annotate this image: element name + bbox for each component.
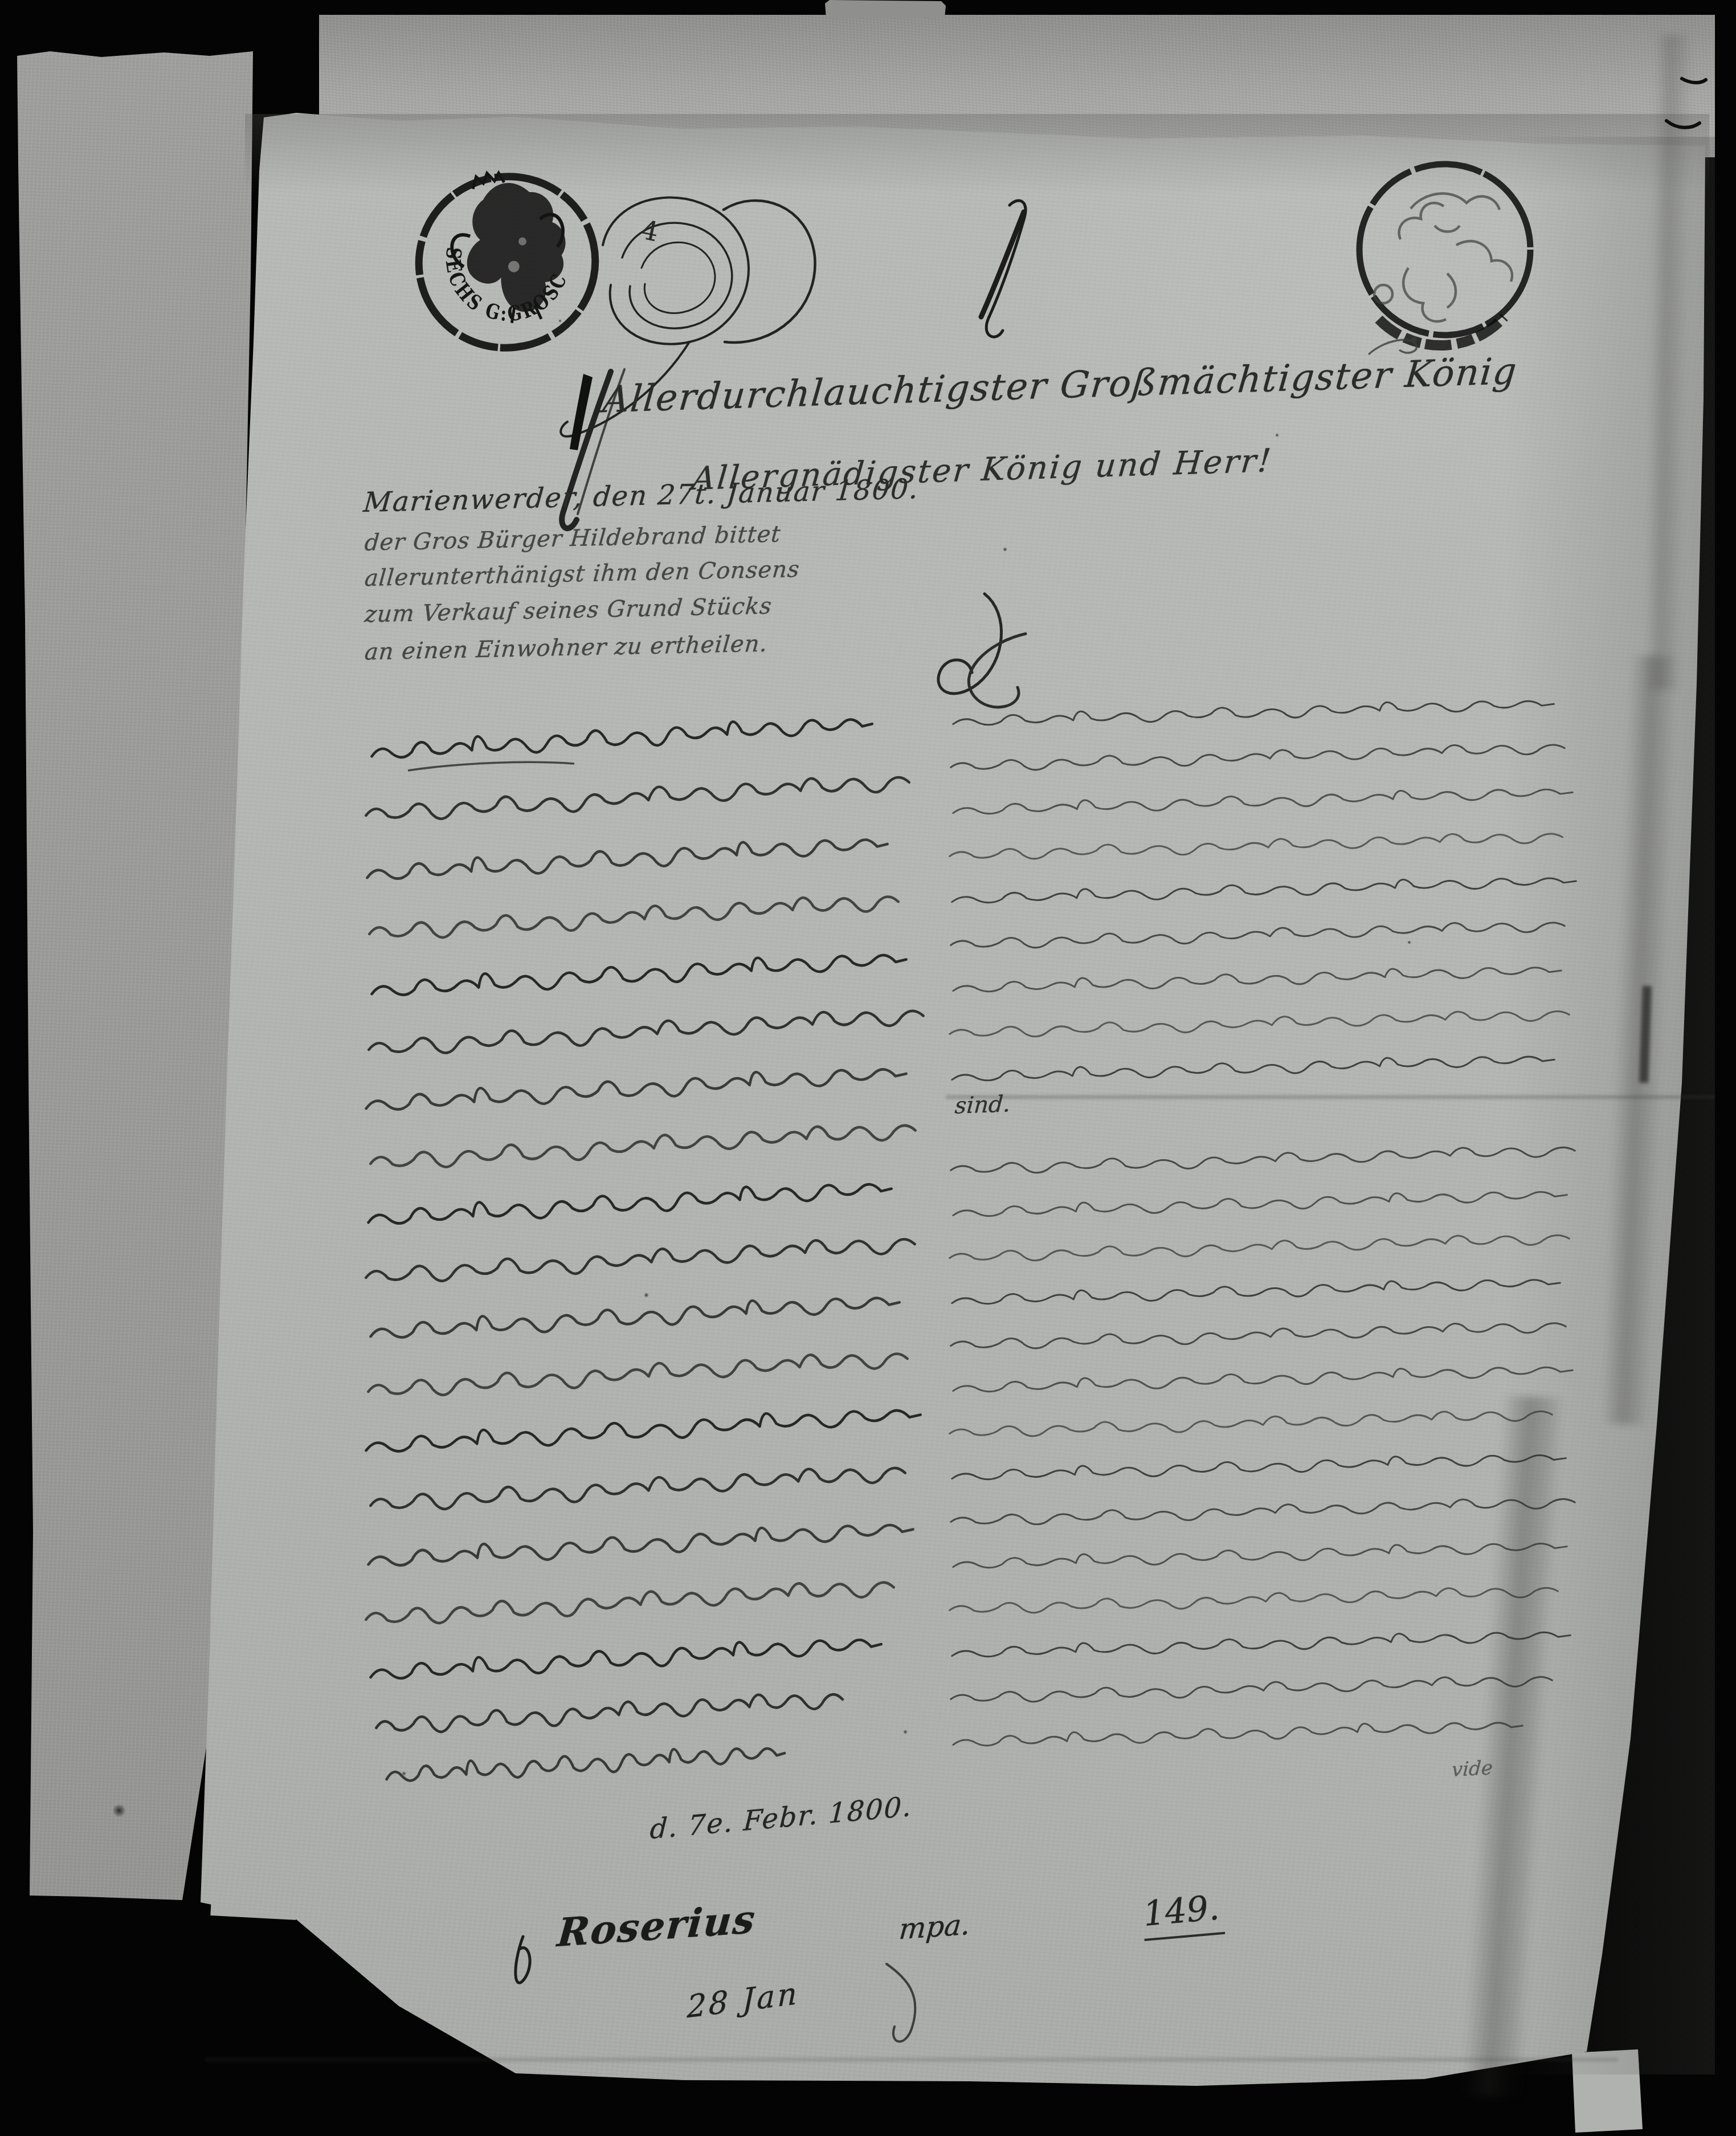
protruding-page-tab bbox=[825, 0, 946, 18]
ink-speck bbox=[558, 319, 562, 323]
catchword-vide: vide bbox=[1451, 1756, 1493, 1782]
ink-speck bbox=[1407, 940, 1411, 944]
horizontal-fold-line bbox=[946, 1094, 1715, 1100]
stain-spot bbox=[112, 1804, 126, 1817]
ink-speck bbox=[903, 1730, 908, 1734]
folio-number: 149. bbox=[1141, 1888, 1225, 1941]
ink-speck bbox=[644, 1293, 649, 1298]
ink-speck bbox=[402, 1771, 406, 1776]
page-top-shadow bbox=[245, 114, 1709, 194]
signature-suffix: mpa. bbox=[898, 1907, 972, 1946]
horizontal-fold-line-bottom bbox=[205, 2056, 1618, 2063]
legible-word-sind: sind. bbox=[954, 1091, 1011, 1119]
photograph-of-bound-manuscript: { "document_kind": "Scanned page of a bo… bbox=[0, 0, 1736, 2136]
ink-speck bbox=[1275, 433, 1279, 437]
ink-speck bbox=[1003, 547, 1007, 552]
